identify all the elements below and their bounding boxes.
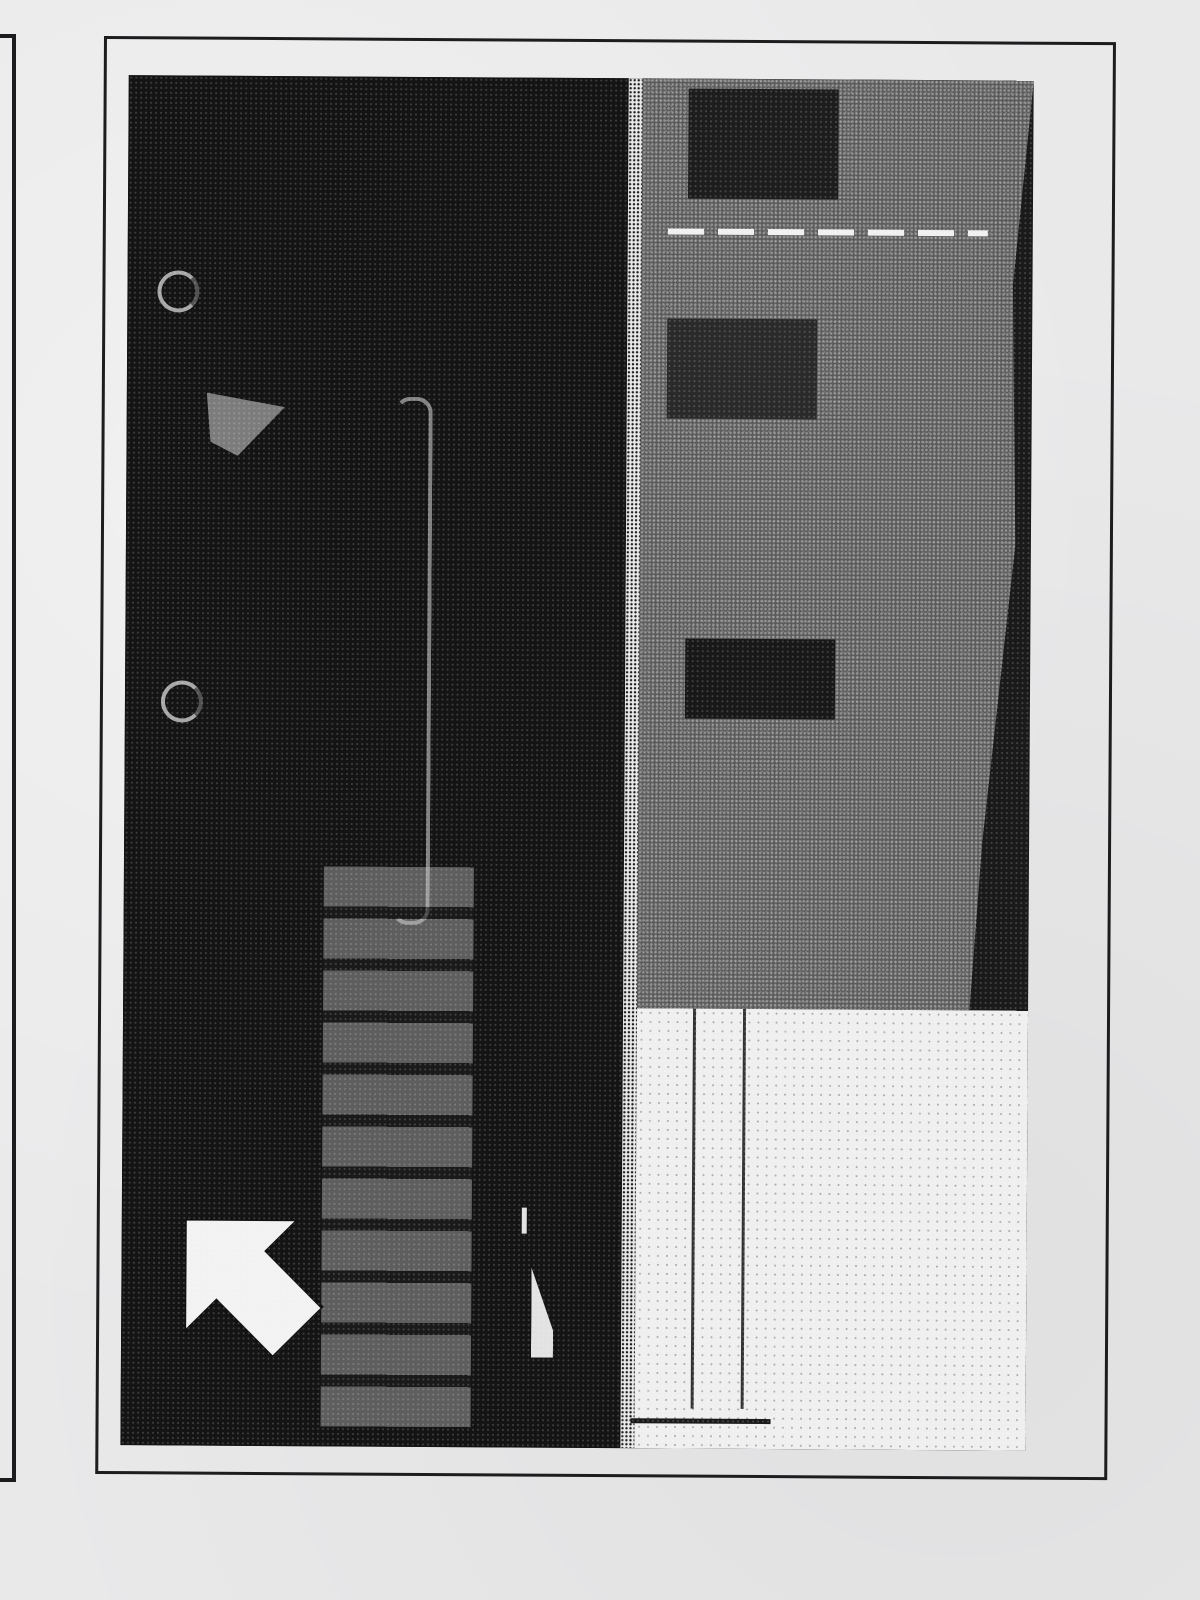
adjacent-figure-frame [0,34,16,1482]
halftone-photo [120,75,1033,1451]
figure-frame [95,36,1116,1480]
halftone-texture [120,75,1033,1451]
